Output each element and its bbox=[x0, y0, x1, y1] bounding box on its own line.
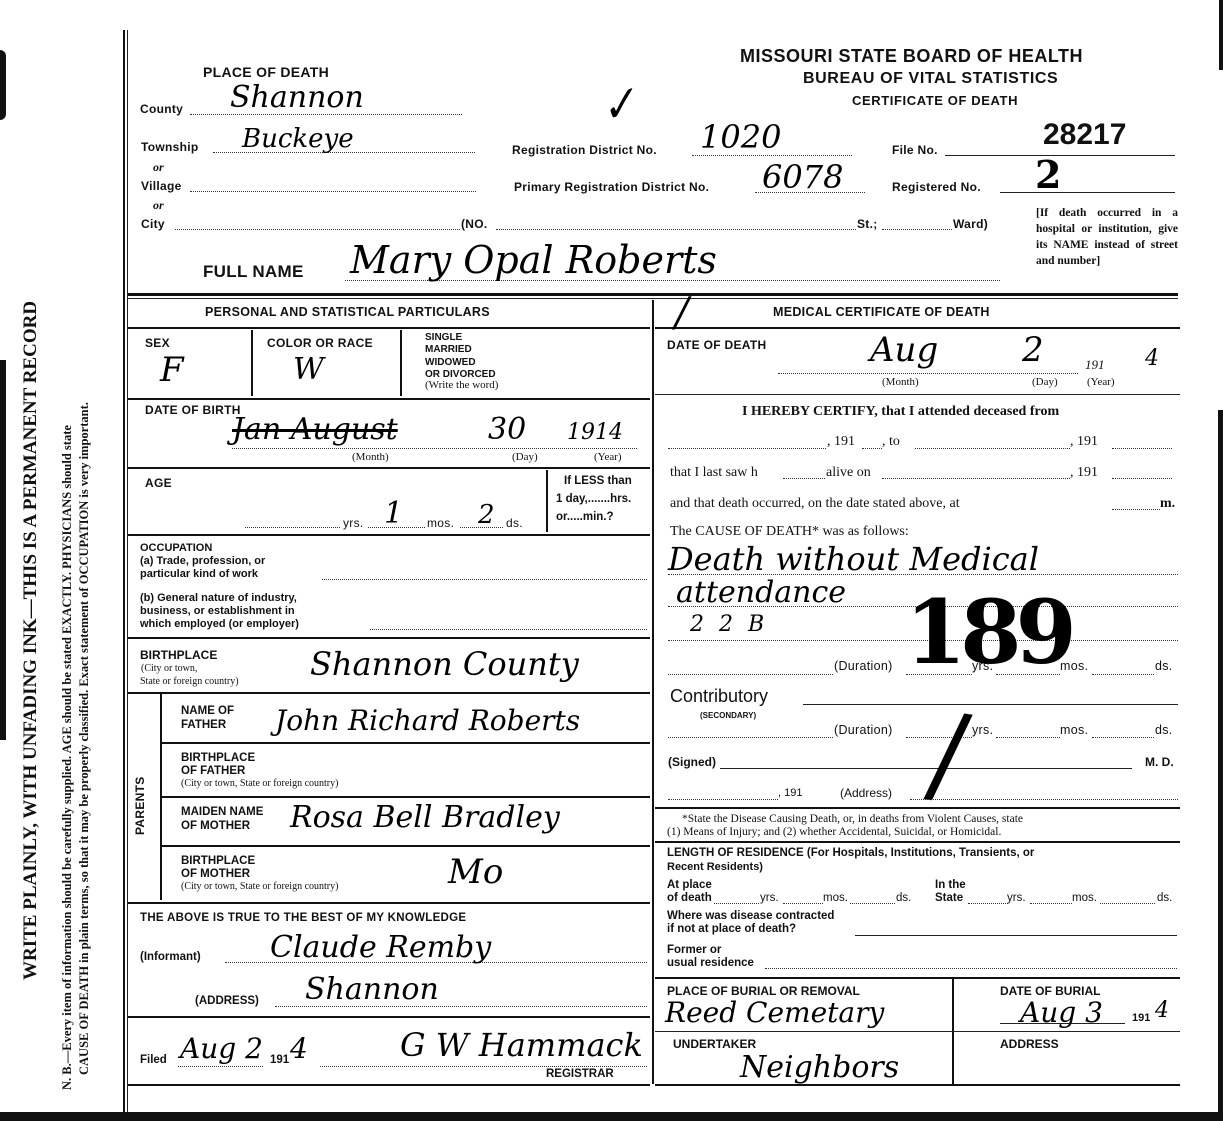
mother-name-label2: OF MOTHER bbox=[181, 820, 250, 833]
certify-last-saw: that I last saw h bbox=[670, 465, 758, 481]
cell-divider bbox=[546, 470, 548, 532]
informant-label: (Informant) bbox=[140, 951, 201, 964]
row-divider bbox=[655, 1031, 1180, 1032]
county-value: Shannon bbox=[230, 80, 364, 115]
residence-heading1: LENGTH OF RESIDENCE (For Hospitals, Inst… bbox=[667, 847, 1034, 860]
informant-value: Claude Remby bbox=[270, 930, 491, 965]
in-state-yrs: yrs. bbox=[1007, 892, 1026, 905]
full-name-value: Mary Opal Roberts bbox=[350, 238, 717, 282]
birthplace-note2: State or foreign country) bbox=[140, 676, 239, 687]
or-label: or bbox=[153, 198, 164, 213]
occupation-b-line bbox=[370, 629, 647, 630]
row-divider bbox=[655, 1084, 1180, 1086]
form-border-left bbox=[123, 30, 125, 1112]
occupation-b-line3: which employed (or employer) bbox=[140, 618, 299, 631]
registered-no-value: 2 bbox=[1035, 152, 1061, 197]
in-state-label1: In the bbox=[935, 879, 966, 892]
former-residence-label1: Former or bbox=[667, 944, 721, 957]
at-place-yrs: yrs. bbox=[760, 892, 779, 905]
dod-year-suffix: 4 bbox=[1145, 346, 1159, 371]
dod-day-value: 2 bbox=[1022, 330, 1044, 370]
file-no-label: File No. bbox=[892, 143, 938, 157]
certify-to: , to bbox=[882, 434, 900, 450]
footnote-line1: *State the Disease Causing Death, or, in… bbox=[682, 813, 1023, 825]
father-birthplace-label1: BIRTHPLACE bbox=[181, 752, 255, 765]
occupation-label: OCCUPATION bbox=[140, 542, 212, 555]
header-title: MISSOURI STATE BOARD OF HEALTH bbox=[740, 46, 1083, 67]
age-yrs-label: yrs. bbox=[343, 516, 364, 530]
from-year-line bbox=[862, 448, 882, 449]
in-state-mos: mos. bbox=[1072, 892, 1097, 905]
filed-label: Filed bbox=[140, 1054, 167, 1067]
sex-label: SEX bbox=[145, 336, 170, 350]
signed-label: (Signed) bbox=[668, 756, 716, 769]
column-divider bbox=[652, 300, 654, 1084]
dob-line bbox=[232, 448, 637, 449]
in-state-label2: State bbox=[935, 892, 963, 905]
alive-year-line bbox=[1112, 478, 1172, 479]
contracted-line bbox=[855, 935, 1177, 936]
row-divider bbox=[162, 845, 650, 847]
duration-yrs-label2: yrs. bbox=[972, 723, 993, 737]
row-divider bbox=[655, 977, 1180, 979]
mother-name-label1: MAIDEN NAME bbox=[181, 806, 263, 819]
birthplace-label: BIRTHPLACE bbox=[140, 649, 217, 662]
registrar-signature: G W Hammack bbox=[400, 1026, 643, 1064]
city-line bbox=[175, 229, 460, 230]
cell-divider bbox=[251, 330, 253, 396]
row-divider bbox=[128, 692, 650, 694]
dob-month-caption: (Month) bbox=[352, 451, 389, 463]
burial-year-suffix: 4 bbox=[1155, 998, 1169, 1023]
secondary-label: (SECONDARY) bbox=[700, 709, 756, 722]
father-birthplace-note: (City or town, State or foreign country) bbox=[181, 778, 338, 789]
dod-label: DATE OF DEATH bbox=[667, 338, 766, 352]
marital-married: MARRIED bbox=[425, 343, 472, 356]
primary-district-label: Primary Registration District No. bbox=[514, 180, 709, 194]
at-place-yrs-line bbox=[714, 903, 759, 904]
county-label: County bbox=[140, 102, 183, 116]
certify-line1: I HEREBY CERTIFY, that I attended deceas… bbox=[742, 404, 1059, 420]
place-of-death-heading: PLACE OF DEATH bbox=[203, 64, 329, 80]
father-name-label1: NAME OF bbox=[181, 705, 234, 718]
to-year-line bbox=[1112, 448, 1172, 449]
ward-label: Ward) bbox=[953, 217, 988, 231]
row-divider bbox=[128, 398, 650, 400]
dob-day-value: 30 bbox=[488, 412, 526, 447]
duration2-mos-line bbox=[996, 737, 1060, 738]
street-line bbox=[496, 229, 856, 230]
in-state-ds-line bbox=[1100, 903, 1155, 904]
street-label: St.; bbox=[857, 217, 878, 231]
mother-birthplace-label1: BIRTHPLACE bbox=[181, 855, 255, 868]
physician-address-line bbox=[910, 799, 1178, 800]
informant-address-label: (ADDRESS) bbox=[195, 995, 259, 1008]
duration-label2: (Duration) bbox=[834, 723, 893, 737]
burial-year-prefix: 191 bbox=[1132, 1012, 1150, 1025]
margin-mark: / bbox=[675, 290, 688, 336]
row-divider bbox=[162, 742, 650, 744]
header-doc-type: CERTIFICATE OF DEATH bbox=[852, 93, 1018, 108]
residence-heading2: Recent Residents) bbox=[667, 861, 763, 874]
dod-line bbox=[778, 373, 1078, 374]
medical-heading: MEDICAL CERTIFICATE OF DEATH bbox=[773, 305, 990, 319]
former-residence-label2: usual residence bbox=[667, 957, 754, 970]
duration-yrs-label1: yrs. bbox=[972, 659, 993, 673]
certify-from-year: , 191 bbox=[827, 434, 855, 450]
scan-edge-shadow bbox=[0, 50, 6, 120]
at-place-mos: mos. bbox=[823, 892, 848, 905]
age-yrs-line bbox=[245, 527, 340, 528]
pronoun-line bbox=[783, 478, 825, 479]
in-state-ds: ds. bbox=[1157, 892, 1172, 905]
row-divider bbox=[655, 841, 1180, 843]
attended-from-line bbox=[668, 448, 826, 449]
contracted-label2: if not at place of death? bbox=[667, 923, 796, 936]
cause-value-line1: Death without Medical bbox=[668, 540, 1039, 578]
contributory-label: Contributory bbox=[670, 686, 768, 707]
duration-mos-label2: mos. bbox=[1060, 723, 1088, 737]
at-place-ds-line bbox=[850, 903, 895, 904]
header-subtitle: BUREAU OF VITAL STATISTICS bbox=[803, 70, 1058, 88]
in-state-yrs-line bbox=[968, 903, 1008, 904]
occupation-b-line1: (b) General nature of industry, bbox=[140, 592, 297, 605]
color-race-value: W bbox=[293, 352, 324, 387]
signed-line bbox=[720, 768, 1132, 769]
birthplace-note1: (City or town, bbox=[141, 663, 197, 674]
registrar-label: REGISTRAR bbox=[546, 1068, 614, 1081]
instructions-note-line2: CAUSE OF DEATH in plain terms, so that i… bbox=[77, 55, 92, 1075]
row-divider bbox=[128, 902, 650, 904]
dod-day-caption: (Day) bbox=[1032, 376, 1058, 388]
at-place-mos-line bbox=[783, 903, 823, 904]
undertaker-address-label: ADDRESS bbox=[1000, 1038, 1059, 1051]
filed-year-suffix: 4 bbox=[290, 1032, 308, 1065]
row-divider bbox=[128, 534, 650, 536]
in-state-mos-line bbox=[1030, 903, 1072, 904]
section-divider bbox=[128, 293, 1178, 296]
attended-to-line bbox=[915, 448, 1070, 449]
contributory-line bbox=[803, 704, 1178, 705]
physician-address-label: (Address) bbox=[840, 787, 892, 800]
occupation-b-line2: business, or establishment in bbox=[140, 605, 295, 618]
city-label: City bbox=[141, 217, 165, 231]
full-name-label: FULL NAME bbox=[203, 262, 304, 282]
informant-address-value: Shannon bbox=[305, 972, 439, 1007]
less-than-day-line3: or.....min.? bbox=[556, 511, 614, 524]
dod-month-caption: (Month) bbox=[882, 376, 919, 388]
township-value: Buckeye bbox=[242, 124, 354, 154]
certify-m: m. bbox=[1160, 496, 1175, 512]
father-birthplace-label2: OF FATHER bbox=[181, 765, 245, 778]
scan-edge-shadow bbox=[0, 1112, 1223, 1121]
certify-alive-year: , 191 bbox=[1070, 465, 1098, 481]
footnote-line2: (1) Means of Injury; and (2) whether Acc… bbox=[667, 826, 1001, 838]
at-place-label1: At place bbox=[667, 879, 712, 892]
registrar-line bbox=[320, 1066, 647, 1067]
true-statement: THE ABOVE IS TRUE TO THE BEST OF MY KNOW… bbox=[140, 912, 466, 924]
scan-edge-shadow bbox=[0, 360, 6, 740]
form-border-left-inner bbox=[127, 30, 128, 1112]
section-divider bbox=[128, 298, 1178, 299]
signature-stroke: / bbox=[921, 688, 976, 820]
signed-date-line bbox=[668, 799, 778, 800]
age-ds-value: 2 bbox=[478, 500, 495, 530]
at-place-label2: of death bbox=[667, 892, 712, 905]
signed-year-label: , 191 bbox=[778, 787, 802, 800]
certify-to-year: , 191 bbox=[1070, 434, 1098, 450]
age-label: AGE bbox=[145, 476, 172, 490]
burial-place-value: Reed Cemetary bbox=[665, 996, 884, 1029]
birthplace-value: Shannon County bbox=[310, 645, 579, 683]
row-divider bbox=[655, 807, 1180, 809]
dod-year-caption: (Year) bbox=[1087, 376, 1115, 388]
ward-line bbox=[882, 229, 952, 230]
duration-mos-label1: mos. bbox=[1060, 659, 1088, 673]
former-residence-line bbox=[765, 968, 1177, 969]
duration-line1 bbox=[668, 674, 833, 675]
registered-no-line bbox=[1000, 192, 1175, 193]
cause-value-line3: 2 2 B bbox=[690, 612, 768, 637]
scan-edge-shadow bbox=[1219, 0, 1223, 70]
permanent-record-notice: WRITE PLAINLY, WITH UNFADING INK—THIS IS… bbox=[20, 150, 42, 980]
instructions-note-line1: N. B.—Every item of information should b… bbox=[60, 50, 75, 1090]
duration-ds-label2: ds. bbox=[1155, 723, 1173, 737]
filed-year-prefix: 191 bbox=[270, 1054, 289, 1067]
dod-month-value: Aug bbox=[870, 330, 938, 370]
age-mos-value: 1 bbox=[384, 496, 403, 531]
file-no-value: 28217 bbox=[1043, 118, 1126, 152]
village-label: Village bbox=[141, 179, 182, 193]
row-divider bbox=[655, 394, 1180, 395]
certify-alive-on: alive on bbox=[826, 465, 871, 481]
duration-ds-line bbox=[1092, 674, 1154, 675]
father-name-value: John Richard Roberts bbox=[275, 704, 580, 737]
dod-year-prefix: 191 bbox=[1085, 357, 1105, 373]
duration-label1: (Duration) bbox=[834, 659, 893, 673]
check-mark: ✓ bbox=[594, 76, 643, 135]
mother-birthplace-value: Mo bbox=[448, 852, 503, 892]
alive-on-line bbox=[882, 478, 1070, 479]
row-divider bbox=[162, 796, 650, 798]
filed-date-line bbox=[178, 1066, 263, 1067]
cause-of-death-label: The CAUSE OF DEATH* was as follows: bbox=[670, 524, 909, 540]
duration-ds-label1: ds. bbox=[1155, 659, 1173, 673]
less-than-day-line2: 1 day,.......hrs. bbox=[556, 493, 631, 506]
duration-line2 bbox=[668, 737, 833, 738]
cell-divider bbox=[400, 330, 402, 396]
scan-edge-shadow bbox=[1218, 410, 1223, 1120]
or-label: or bbox=[153, 160, 164, 175]
dob-label: DATE OF BIRTH bbox=[145, 403, 241, 417]
dob-year-caption: (Year) bbox=[594, 451, 622, 463]
color-race-label: COLOR OR RACE bbox=[267, 336, 373, 350]
mother-birthplace-label2: OF MOTHER bbox=[181, 868, 250, 881]
age-ds-label: ds. bbox=[506, 516, 523, 530]
primary-district-value: 6078 bbox=[762, 158, 843, 196]
time-line bbox=[1112, 509, 1160, 510]
registered-no-label: Registered No. bbox=[892, 180, 981, 194]
row-divider bbox=[128, 467, 650, 469]
hospital-note: [If death occurred in a hospital or inst… bbox=[1036, 205, 1178, 269]
cause-value-line2: attendance bbox=[676, 575, 846, 610]
row-divider bbox=[128, 637, 650, 639]
row-divider bbox=[655, 327, 1180, 329]
registration-district-label: Registration District No. bbox=[512, 143, 657, 157]
contracted-label1: Where was disease contracted bbox=[667, 910, 834, 923]
occupation-a-line2: particular kind of work bbox=[140, 568, 258, 581]
less-than-day-line1: If LESS than bbox=[564, 475, 632, 488]
mother-birthplace-note: (City or town, State or foreign country) bbox=[181, 881, 338, 892]
burial-date-value: Aug 3 bbox=[1020, 996, 1103, 1029]
row-divider bbox=[128, 327, 650, 329]
duration2-ds-line bbox=[1092, 737, 1154, 738]
row-divider bbox=[128, 1084, 650, 1086]
dob-day-caption: (Day) bbox=[512, 451, 538, 463]
row-divider bbox=[128, 1016, 650, 1018]
occupation-a-line1: (a) Trade, profession, or bbox=[140, 555, 265, 568]
certify-occurred: and that death occurred, on the date sta… bbox=[670, 496, 960, 512]
dob-year-value: 1914 bbox=[567, 420, 623, 445]
father-name-label2: FATHER bbox=[181, 719, 226, 732]
occupation-a-line bbox=[322, 579, 647, 580]
age-mos-label: mos. bbox=[427, 516, 454, 530]
undertaker-value: Neighbors bbox=[740, 1050, 899, 1085]
marital-note: (Write the word) bbox=[425, 379, 498, 391]
personal-heading: PERSONAL AND STATISTICAL PARTICULARS bbox=[205, 305, 490, 319]
mother-name-value: Rosa Bell Bradley bbox=[290, 800, 560, 835]
filed-date-value: Aug 2 bbox=[180, 1032, 263, 1065]
sex-value: F bbox=[160, 350, 184, 390]
md-label: M. D. bbox=[1145, 756, 1174, 769]
dob-month-value: Jan August bbox=[232, 412, 398, 447]
registration-district-value: 1020 bbox=[700, 118, 781, 156]
duration-mos-line bbox=[996, 674, 1060, 675]
township-label: Township bbox=[141, 140, 199, 154]
duration-yrs-line bbox=[906, 674, 972, 675]
at-place-ds: ds. bbox=[896, 892, 911, 905]
street-no-label: (NO. bbox=[461, 217, 488, 231]
village-line bbox=[190, 191, 476, 192]
parents-label: PARENTS bbox=[133, 776, 147, 835]
